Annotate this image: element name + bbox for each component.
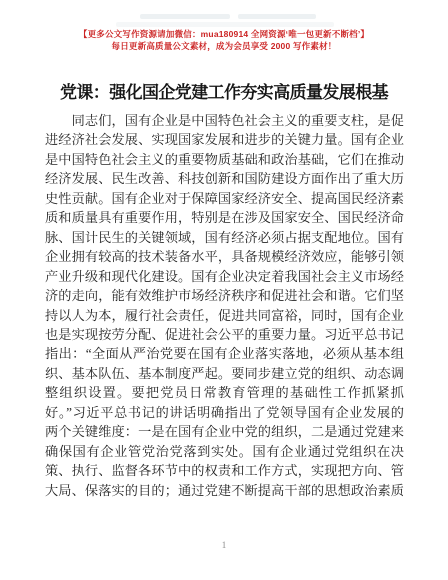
body-text-line: 产业升级和现代化建设。国有企业决定着我国社会主义市场经 bbox=[45, 267, 404, 286]
document-page: 【更多公文写作资源请加微信：mua180914 全网资源‘唯一包更新不断档’】 … bbox=[0, 0, 448, 580]
body-text-line: 济的走向，能有效维护市场经济秩序和促进社会和谐。它们坚 bbox=[45, 286, 404, 305]
body-text-line: 好。”习近平总书记的讲话明确指出了党领导国有企业发展的 bbox=[45, 403, 404, 422]
faint-watermark-smudge bbox=[238, 14, 316, 19]
body-text-line: 织、基本队伍、基本制度严起。要同步建立党的组织、动态调 bbox=[45, 364, 404, 383]
body-text-line: 大局、保落实的目的；通过党建不断提高干部的思想政治素质 bbox=[45, 481, 404, 500]
body-text-line: 策、执行、监督各环节中的权责和工作方式，实现把方向、管 bbox=[45, 461, 404, 480]
body-text-line: 质和质量具有重要作用，特别是在涉及国家安全、国民经济命 bbox=[45, 208, 404, 227]
promo-header-line1: 【更多公文写作资源请加微信：mua180914 全网资源‘唯一包更新不断档’】 bbox=[0, 28, 448, 40]
body-text-line: 同志们，国有企业是中国特色社会主义的重要支柱，是促 bbox=[45, 111, 404, 130]
faint-watermark-smudge bbox=[116, 22, 334, 27]
body-text-line: 也是实现按劳分配、促进社会公平的重要力量。习近平总书记 bbox=[45, 325, 404, 344]
body-text-line: 经济发展、民生改善、科技创新和国防建设方面作出了重大历 bbox=[45, 169, 404, 188]
body-text-line: 持以人为本，履行社会责任，促进共同富裕，同时，国有企业 bbox=[45, 306, 404, 325]
body-text-line: 进经济社会发展、实现国家发展和进步的关键力量。国有企业 bbox=[45, 130, 404, 149]
page-title: 党课：强化国企党建工作夯实高质量发展根基 bbox=[0, 81, 448, 105]
body-text-line: 确保国有企业管党治党落到实处。国有企业通过党组织在决 bbox=[45, 442, 404, 461]
document-body: 同志们，国有企业是中国特色社会主义的重要支柱，是促进经济社会发展、实现国家发展和… bbox=[45, 111, 404, 500]
body-text-line: 是中国特色社会主义的重要物质基础和政治基础，它们在推动 bbox=[45, 150, 404, 169]
promo-header: 【更多公文写作资源请加微信：mua180914 全网资源‘唯一包更新不断档’】 … bbox=[0, 28, 448, 52]
promo-header-line2: 每日更新高质量公文素材，成为会员享受 2000 写作素材！ bbox=[0, 40, 448, 52]
body-text-line: 企业拥有较高的技术装备水平，具备规模经济效应，能够引领 bbox=[45, 247, 404, 266]
page-number: 1 bbox=[0, 539, 448, 551]
body-text-line: 脉、国计民生的关键领域，国有经济必须占据支配地位。国有 bbox=[45, 228, 404, 247]
body-text-line: 整组织设置。要把党员日常教育管理的基础性工作抓紧抓 bbox=[45, 383, 404, 402]
body-text-line: 两个关键维度：一是在国有企业中党的组织，二是通过党建来 bbox=[45, 422, 404, 441]
body-text-line: 史性贡献。国有企业对于保障国家经济安全、提高国民经济素 bbox=[45, 189, 404, 208]
faint-watermark-smudge bbox=[140, 14, 230, 19]
body-text-line: 指出：“全面从严治党要在国有企业落实落地，必须从基本组 bbox=[45, 344, 404, 363]
